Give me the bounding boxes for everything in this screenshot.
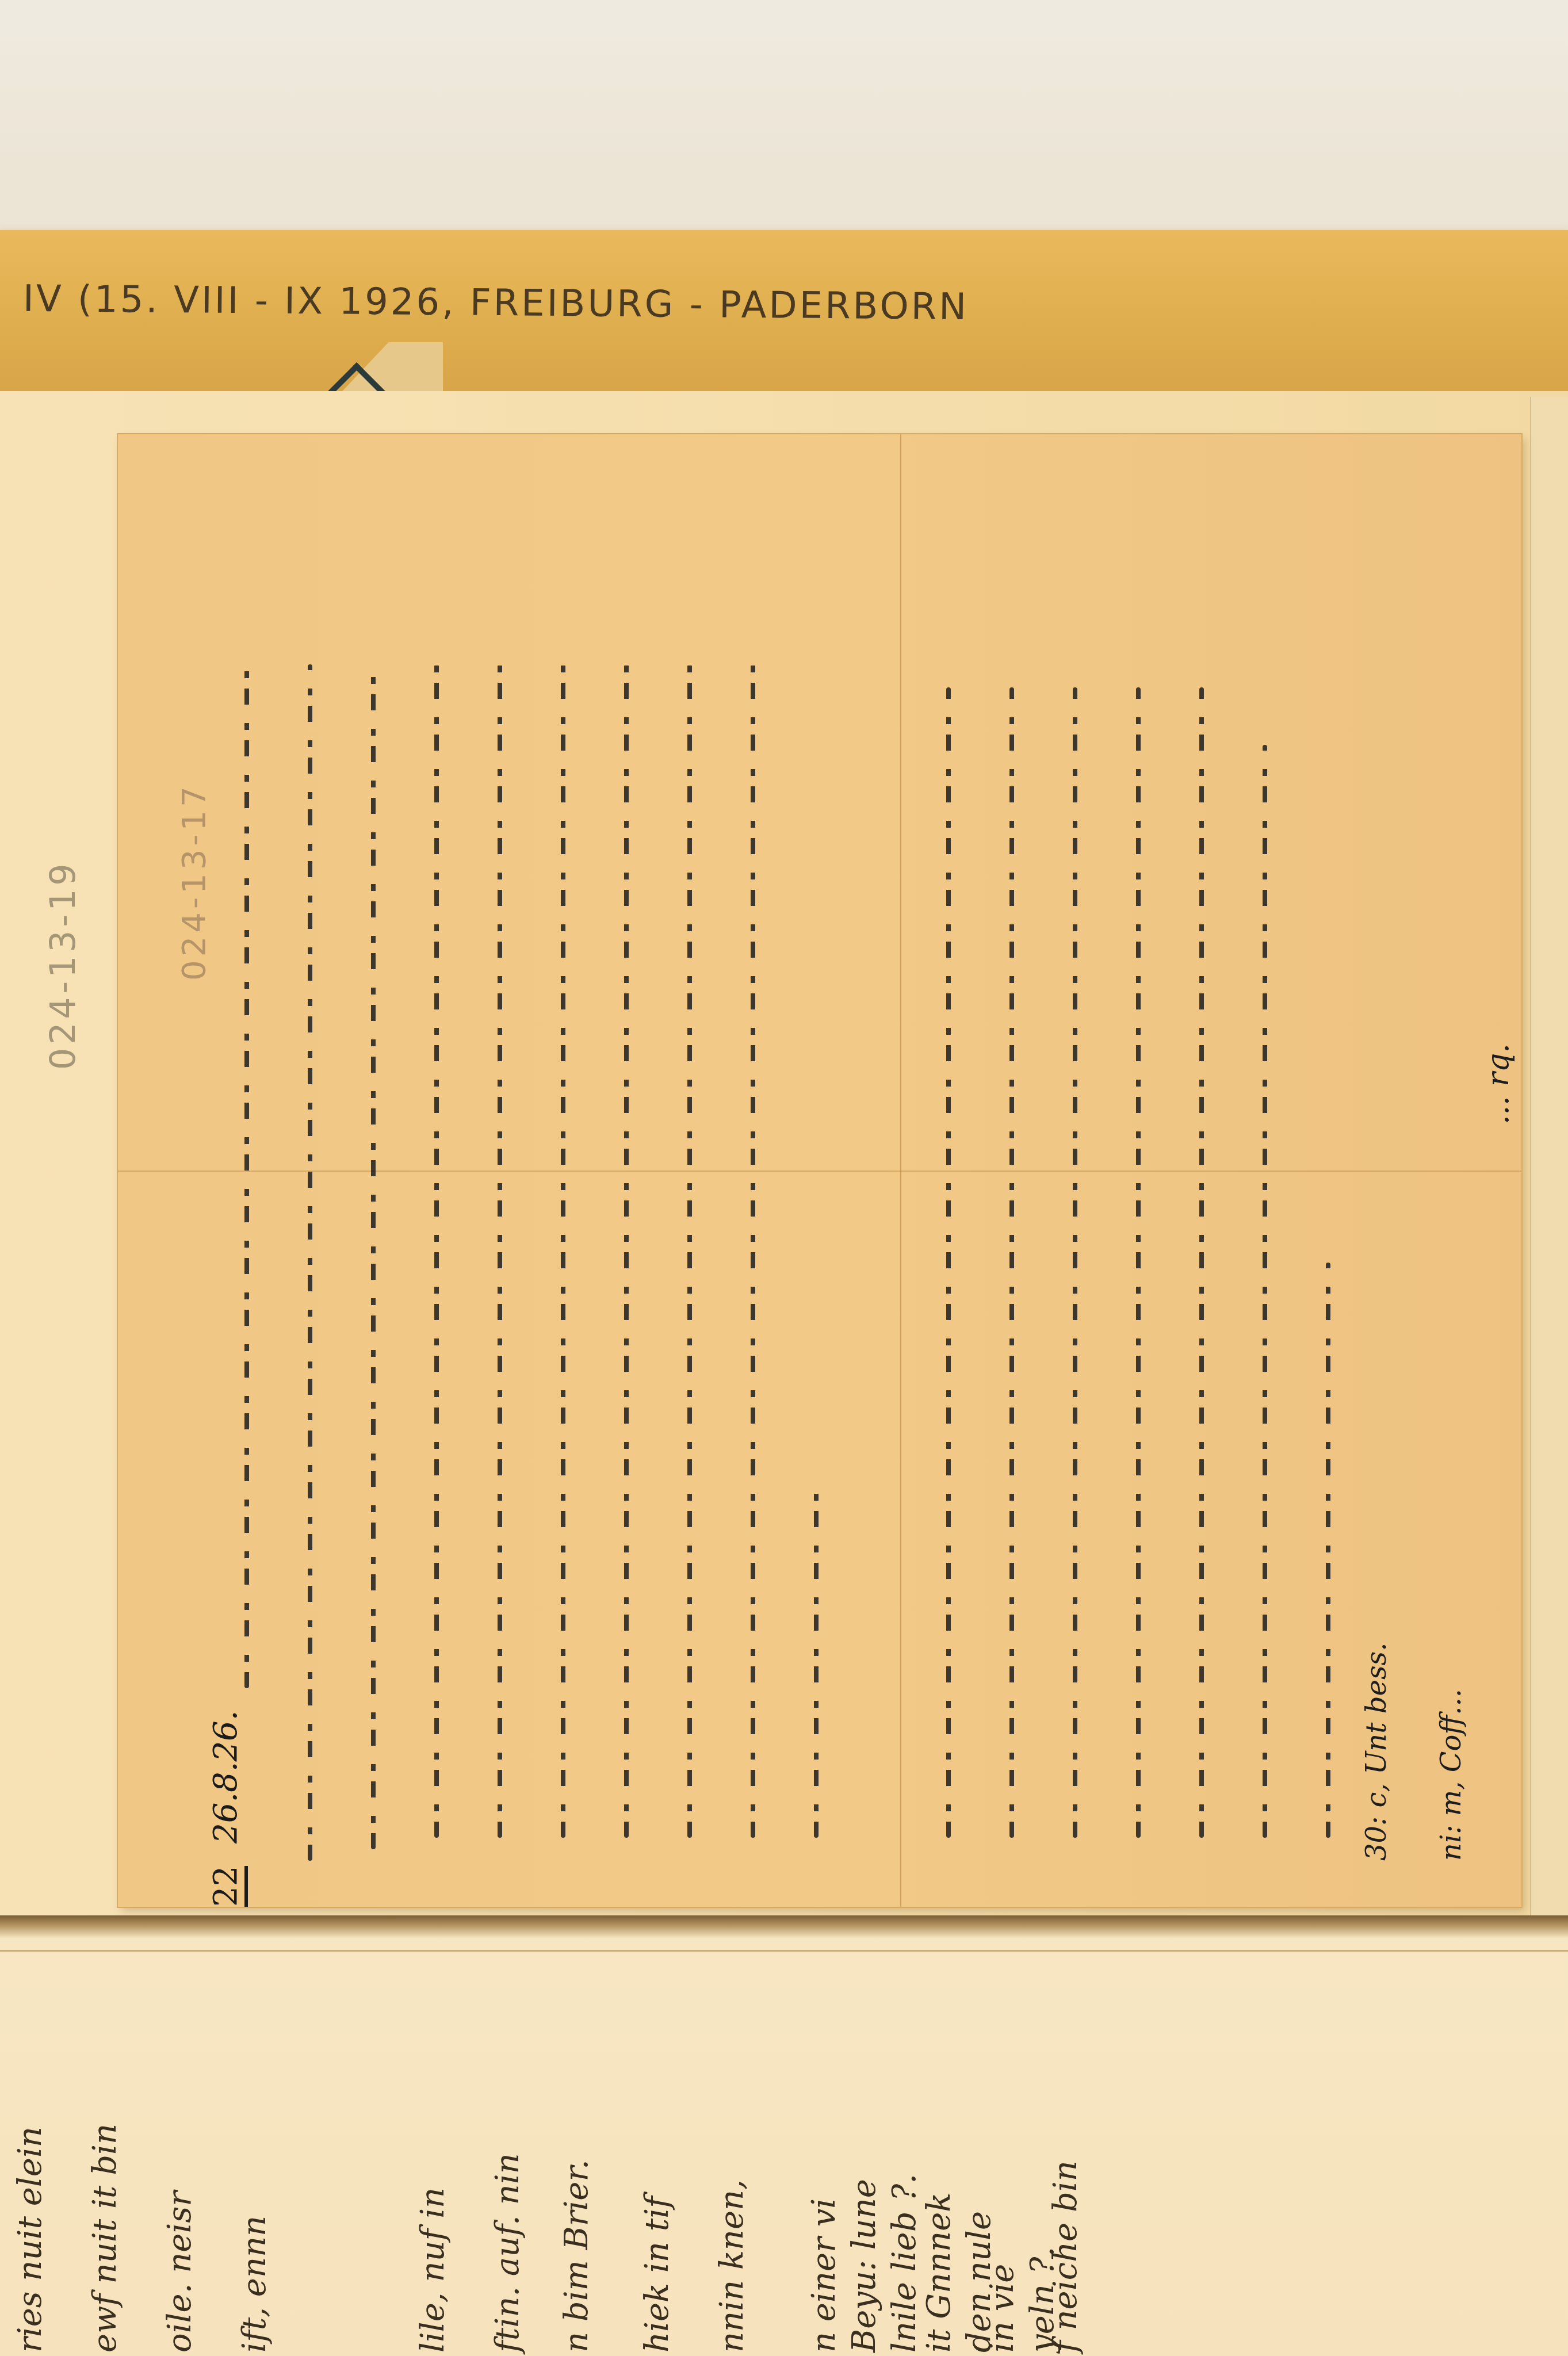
archive-id-letter: 024-13-17 [175,783,213,981]
cursive-line: ift, ennn [236,2216,273,2353]
archive-id-back-page: 024-13-19 [43,860,83,1070]
shorthand-line [1073,687,1077,1838]
shorthand-line [1326,1263,1330,1838]
shorthand-line [498,664,502,1838]
cursive-line: lnile lieb ?. [886,2174,923,2353]
letter-closing: ... rq. [1481,1043,1516,1125]
shorthand-line [814,1493,819,1838]
cursive-line: f neiche bin [1047,2160,1084,2353]
cursive-line: in vie [984,2264,1021,2353]
shorthand-line [946,687,951,1838]
shorthand-letter: 024-13-17 22 26.8.26. ... rq. 30: c, Unt… [118,434,1521,1907]
shorthand-line [1136,687,1141,1838]
fold-line-horizontal [118,1171,1521,1172]
shorthand-line [687,664,692,1838]
cursive-line: it Gnnnek [920,2193,958,2353]
adjacent-page-edge [1530,397,1568,1927]
cursive-line: n einer vi [805,2198,843,2353]
cursive-line: n bim Brier. [558,2159,595,2353]
cursive-line: Beyu: lune [846,2179,883,2353]
shorthand-line [751,664,755,1838]
shorthand-line [624,664,629,1838]
page-marker: 22 [207,1866,248,1907]
shorthand-line [1199,687,1204,1838]
cursive-line: lile, nuf in [414,2187,452,2353]
cursive-line: ries nuit elein [12,2126,49,2353]
background-surface [0,0,1568,242]
signature-line-2: ni: m, Coff... [1435,1689,1467,1861]
letter-date: 26.8.26. [207,1710,244,1844]
archive-folder-tab: IV (15. VIII - IX 1926, FREIBURG - PADER… [0,230,1568,397]
shorthand-line [561,664,565,1838]
cursive-line: ftin. auf. nin [489,2153,526,2353]
signature-line-1: 30: c, Unt bess. [1360,1643,1393,1861]
folder-label: IV (15. VIII - IX 1926, FREIBURG - PADER… [23,278,969,328]
cursive-line: ewf nuit it bin [86,2124,124,2353]
cursive-line: oile. neisr [161,2191,198,2353]
shorthand-line [1263,745,1267,1838]
shorthand-line [244,664,249,1688]
shorthand-line [434,664,439,1838]
lower-cursive-page: ries nuit elein ewf nuit it bin oile. ne… [0,1915,1568,2356]
cursive-line: hiek in tif [638,2196,676,2353]
shorthand-line [1009,687,1014,1838]
cursive-line: nnin knen, [713,2179,751,2353]
shorthand-line [371,664,376,1849]
shorthand-line [308,664,312,1861]
page-edge [0,1950,1568,1952]
